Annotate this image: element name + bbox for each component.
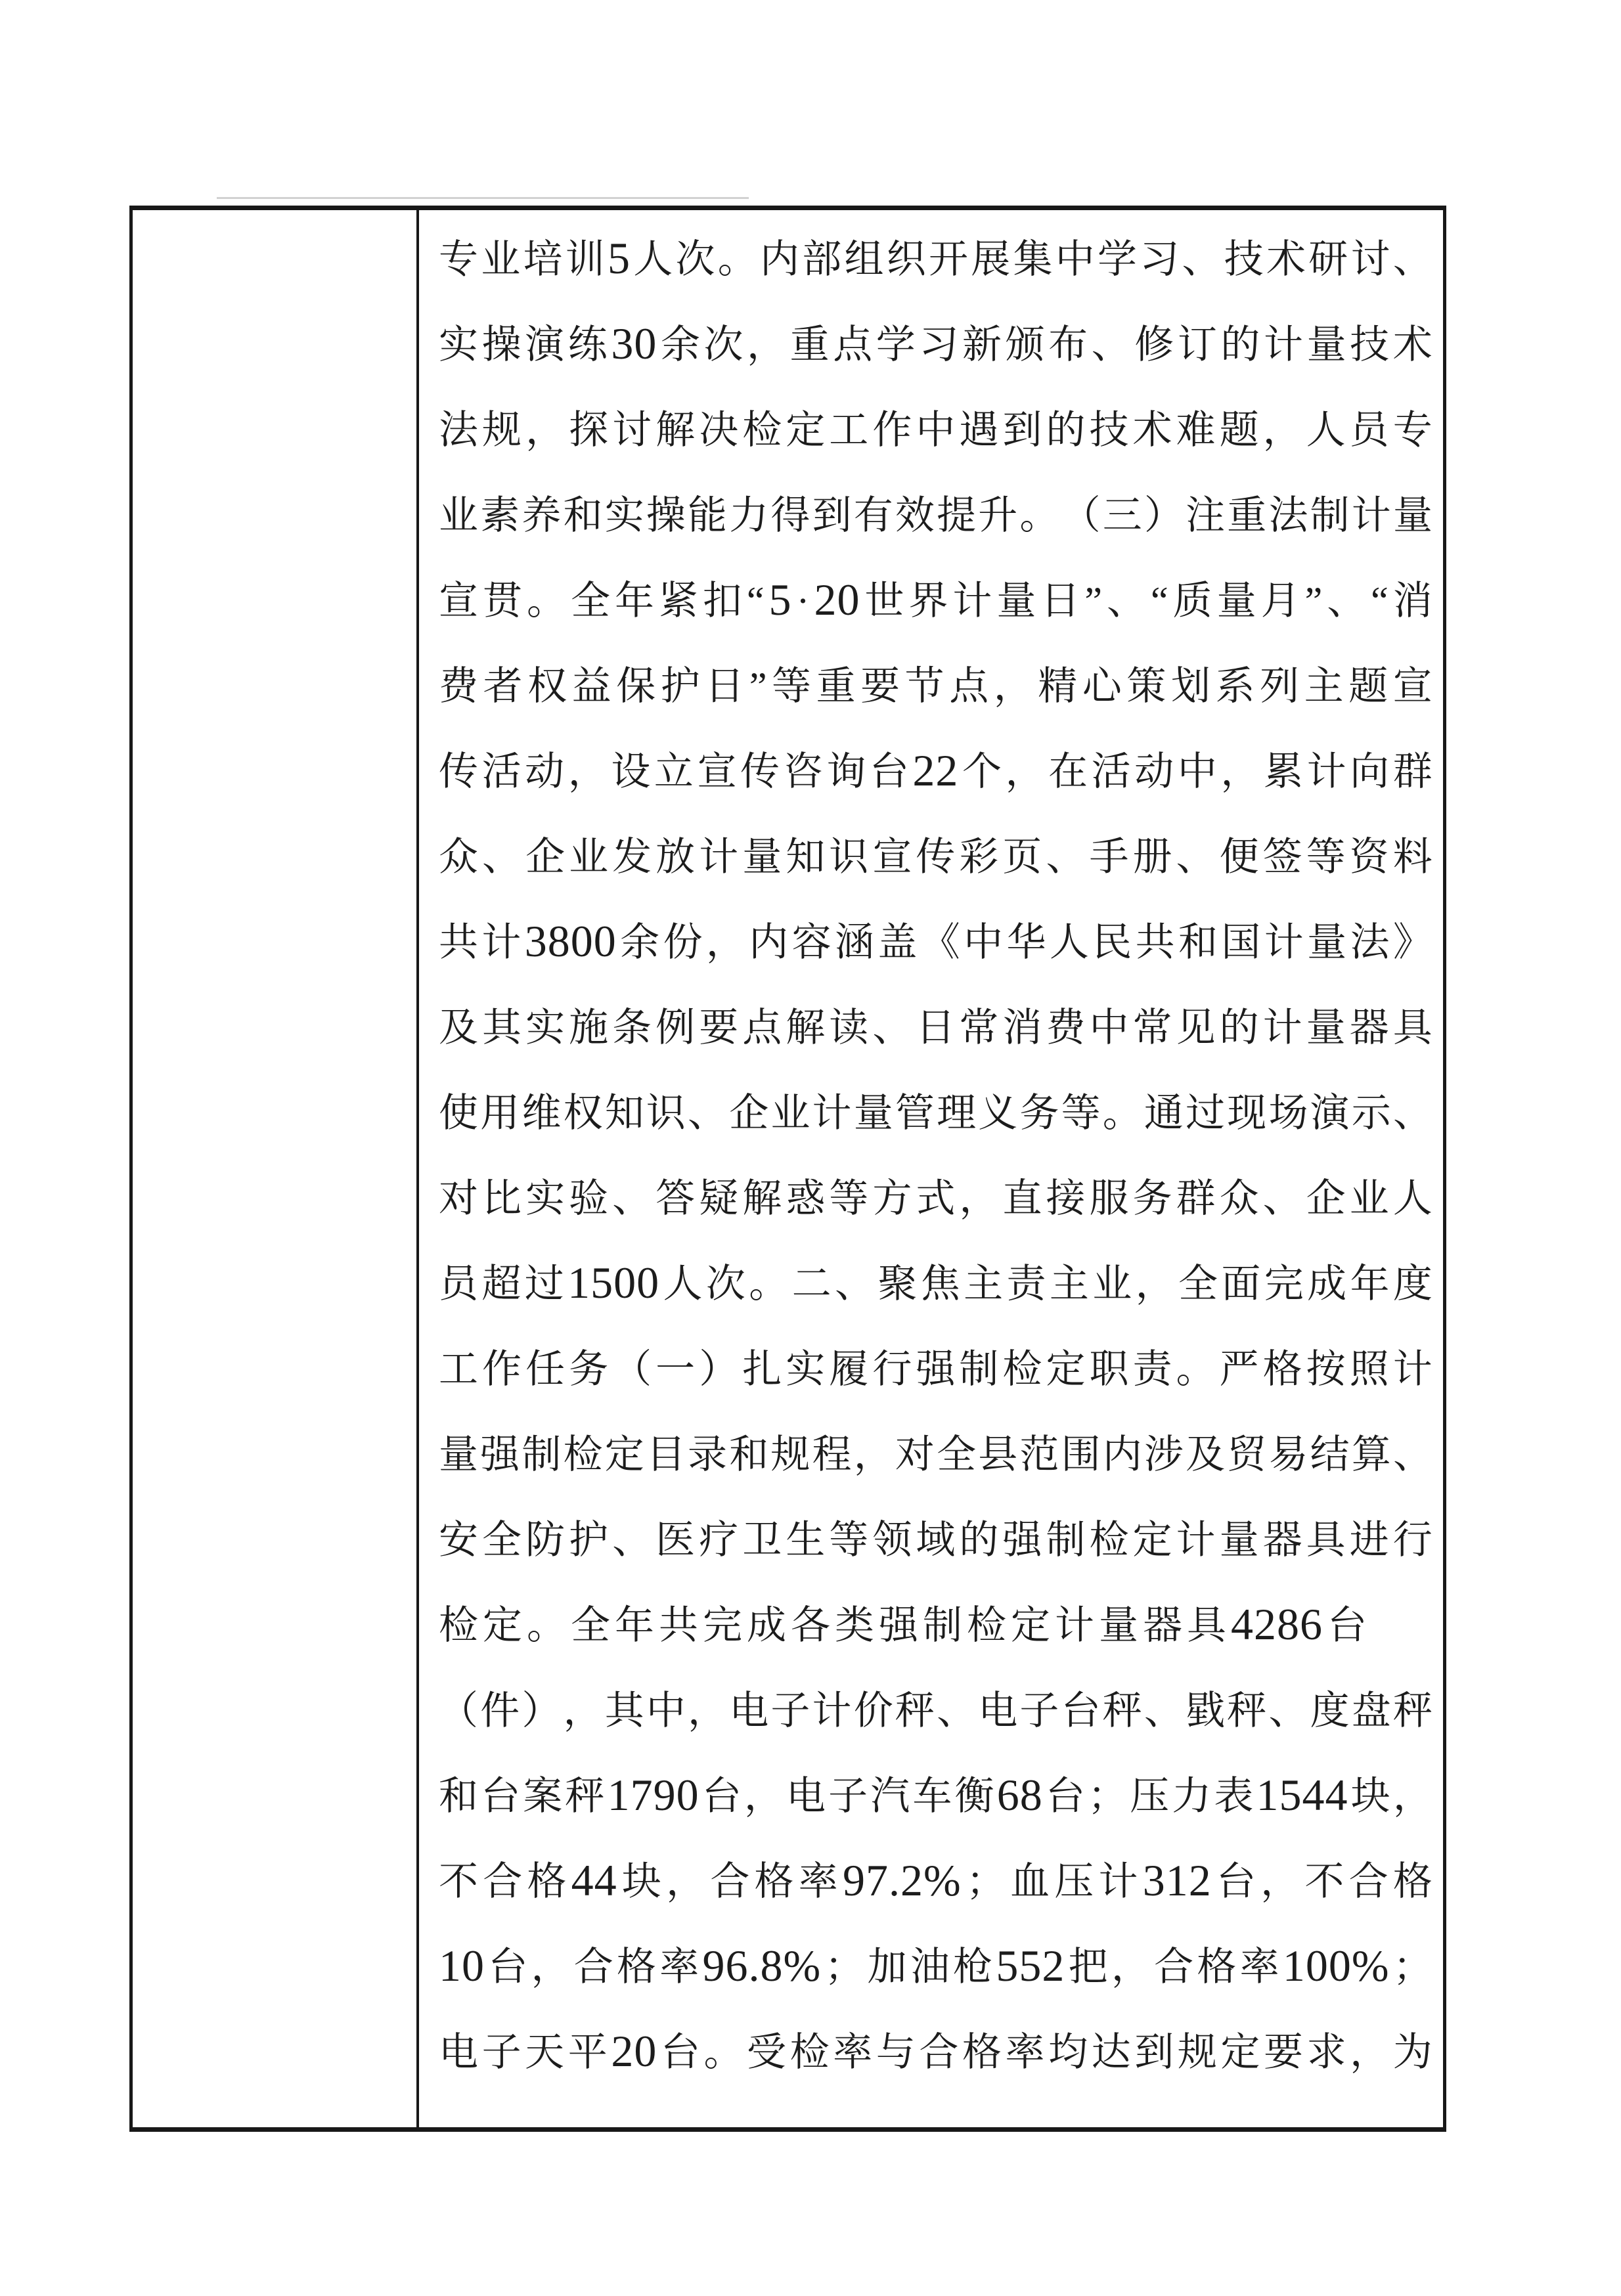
scan-artifact-line — [217, 197, 749, 199]
text-line: 共计3800余份，内容涵盖《中华人民共和国计量法》 — [439, 900, 1432, 985]
text-line: 不合格44块，合格率97.2%；血压计312台，不合格 — [439, 1839, 1432, 1924]
text-line: 专业培训5人次。内部组织开展集中学习、技术研讨、 — [439, 217, 1432, 302]
text-line: 众、企业发放计量知识宣传彩页、手册、便签等资料 — [439, 814, 1432, 900]
table-cell-body-text: 专业培训5人次。内部组织开展集中学习、技术研讨、实操演练30余次，重点学习新颁布… — [419, 210, 1443, 2127]
text-line: 及其实施条例要点解读、日常消费中常见的计量器具 — [439, 985, 1432, 1071]
text-line: 和台案秤1790台，电子汽车衡68台；压力表1544块， — [439, 1754, 1432, 1839]
text-line: （件），其中，电子计价秤、电子台秤、戥秤、度盘秤 — [439, 1668, 1432, 1754]
text-line: 电子天平20台。受检率与合格率均达到规定要求，为 — [439, 2010, 1432, 2095]
text-line: 员超过1500人次。二、聚焦主责主业，全面完成年度 — [439, 1241, 1432, 1327]
text-line: 实操演练30余次，重点学习新颁布、修订的计量技术 — [439, 302, 1432, 387]
text-line: 对比实验、答疑解惑等方式，直接服务群众、企业人 — [439, 1156, 1432, 1241]
text-line: 检定。全年共完成各类强制检定计量器具4286台 — [439, 1583, 1432, 1668]
table-cell-left-empty — [133, 210, 419, 2127]
text-line: 法规，探讨解决检定工作中遇到的技术难题，人员专 — [439, 387, 1432, 473]
text-line: 安全防护、医疗卫生等领域的强制检定计量器具进行 — [439, 1497, 1432, 1583]
text-line: 宣贯。全年紧扣“5·20世界计量日”、“质量月”、“消 — [439, 558, 1432, 644]
text-line: 业素养和实操能力得到有效提升。（三）注重法制计量 — [439, 473, 1432, 558]
text-line: 10台，合格率96.8%；加油枪552把，合格率100%； — [439, 1924, 1432, 2010]
report-table: 专业培训5人次。内部组织开展集中学习、技术研讨、实操演练30余次，重点学习新颁布… — [129, 206, 1446, 2132]
text-line: 工作任务（一）扎实履行强制检定职责。严格按照计 — [439, 1327, 1432, 1412]
text-line: 费者权益保护日”等重要节点，精心策划系列主题宣 — [439, 644, 1432, 729]
text-line: 使用维权知识、企业计量管理义务等。通过现场演示、 — [439, 1071, 1432, 1156]
scanned-document-page: 专业培训5人次。内部组织开展集中学习、技术研讨、实操演练30余次，重点学习新颁布… — [0, 0, 1621, 2296]
text-line: 量强制检定目录和规程，对全县范围内涉及贸易结算、 — [439, 1412, 1432, 1497]
text-line: 传活动，设立宣传咨询台22个，在活动中，累计向群 — [439, 729, 1432, 814]
